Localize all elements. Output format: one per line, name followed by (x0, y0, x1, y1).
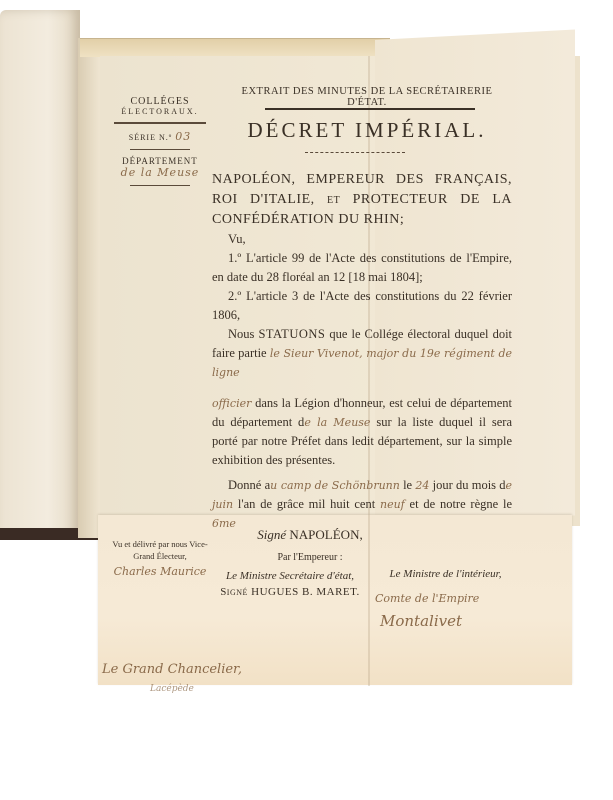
ministre-secretaire: Le Ministre Secrétaire d'état, (205, 568, 375, 584)
ministre-interieur: Le Ministre de l'intérieur, (378, 568, 513, 580)
decree-title: DÉCRET IMPÉRIAL. (222, 118, 512, 143)
article-2: 2.º L'article 3 de l'Acte des constituti… (212, 287, 512, 325)
place-fill: u camp de Schönbrunn (270, 479, 400, 492)
serie-value: 03 (175, 130, 191, 143)
divider (130, 149, 190, 150)
interieur-signature: Montalivet (380, 612, 462, 630)
departement-label: DÉPARTEMENT (110, 156, 210, 166)
statuons-word: STATUONS (258, 327, 325, 341)
title-ornament (305, 148, 405, 153)
donne-paragraph: Donné au camp de Schönbrunn le 24 jour d… (212, 476, 512, 533)
extract-header: EXTRAIT DES MINUTES DE LA SECRÉTAIRERIE … (222, 86, 512, 108)
preamble: NAPOLÉON, EMPEREUR DES FRANÇAIS, ROI D'I… (212, 170, 512, 230)
day-fill: 24 (415, 479, 429, 492)
legion-paragraph: officier dans la Légion d'honneur, est c… (212, 394, 512, 470)
article-1: 1.º L'article 99 de l'Acte des constitut… (212, 249, 512, 287)
divider (114, 122, 206, 124)
regne-fill: 6me (212, 517, 236, 530)
dept-fill: e la Meuse (304, 416, 370, 429)
signe-napoleon: Signé NAPOLÉON, (240, 527, 380, 543)
statuons-paragraph: Nous STATUONS que le Collége électoral d… (212, 325, 512, 382)
header-rule (265, 108, 475, 110)
vu: Vu, (212, 230, 512, 249)
grand-chancelier: Le Grand Chancelier, (102, 662, 242, 677)
vice-grand-electeur-block: Vu et délivré par nous Vice-Grand Électe… (110, 538, 210, 578)
decree-body: NAPOLÉON, EMPEREUR DES FRANÇAIS, ROI D'I… (212, 170, 512, 533)
interieur-hand-title: Comte de l'Empire (375, 592, 479, 605)
vice-signature: Charles Maurice (110, 566, 210, 578)
book-page-edge (80, 38, 390, 57)
departement-value: de la Meuse (110, 166, 210, 179)
divider (130, 185, 190, 186)
book-left-page (0, 10, 80, 540)
electoraux-label: ÉLECTORAUX. (110, 107, 210, 116)
grand-chancelier-sub: Lacépède (150, 684, 194, 694)
vu-delivre: Vu et délivré par nous Vice-Grand Électe… (110, 538, 210, 562)
par-empereur: Par l'Empereur : (240, 552, 380, 563)
book-gutter (78, 38, 100, 538)
rank-fill: officier (212, 397, 251, 410)
sidebar-colleges: COLLÉGES ÉLECTORAUX. SÉRIE N.º 03 DÉPART… (110, 96, 210, 192)
colleges-label: COLLÉGES (110, 96, 210, 107)
ministre-secretaire-block: Le Ministre Secrétaire d'état, Signé HUG… (205, 568, 375, 600)
signe-maret: Signé HUGUES B. MARET. (205, 584, 375, 600)
year-fill: neuf (380, 498, 405, 511)
serie-label: SÉRIE N.º (129, 133, 172, 142)
